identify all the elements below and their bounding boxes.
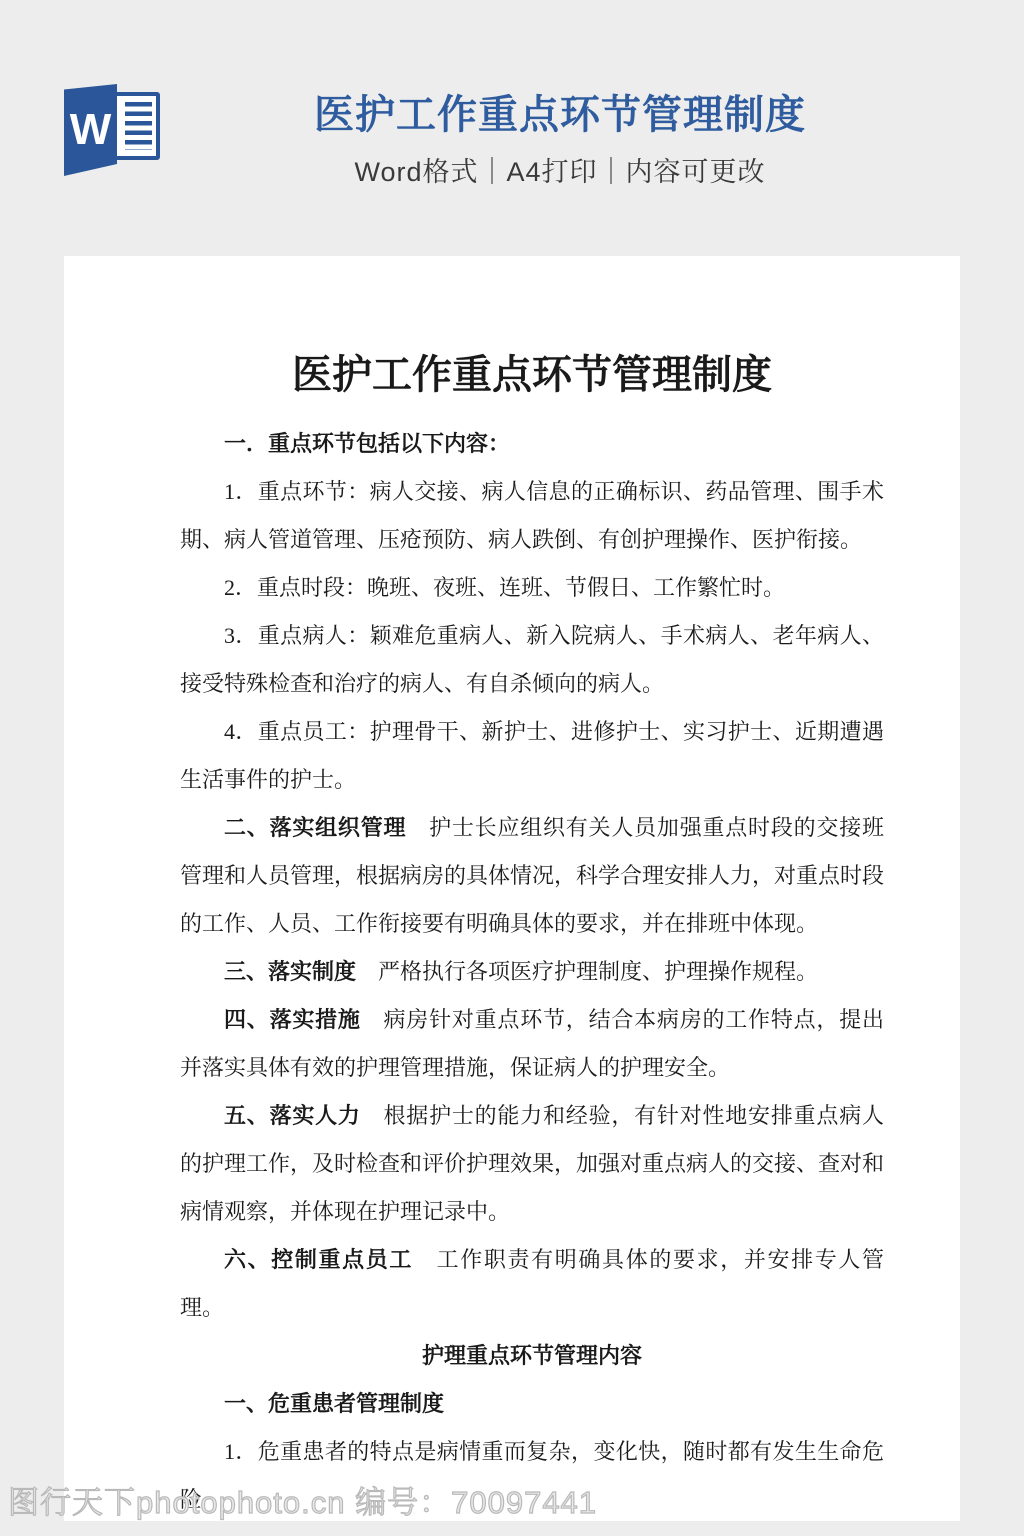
document-page: 医护工作重点环节管理制度 一．重点环节包括以下内容：1．重点环节：病人交接、病人… — [64, 256, 960, 1521]
document-lines-icon — [125, 102, 152, 150]
document-title: 医护工作重点环节管理制度 — [180, 344, 884, 406]
template-subtitle: Word格式｜A4打印｜内容可更改 — [160, 150, 960, 189]
template-title: 医护工作重点环节管理制度 — [160, 92, 960, 138]
doc-paragraph: 一、危重患者管理制度 — [180, 1380, 884, 1428]
document-body: 医护工作重点环节管理制度 一．重点环节包括以下内容：1．重点环节：病人交接、病人… — [64, 256, 960, 1524]
bold-text-run: 一．重点环节包括以下内容： — [224, 431, 510, 456]
doc-paragraph: 护理重点环节管理内容 — [180, 1332, 884, 1380]
word-logo-icon: W — [64, 84, 117, 176]
bold-text-run: 六、控制重点员工 — [224, 1247, 413, 1272]
text-run: 1．重点环节：病人交接、病人信息的正确标识、药品管理、围手术期、病人管道管理、压… — [180, 479, 884, 552]
doc-paragraph: 四、落实措施 病房针对重点环节，结合本病房的工作特点，提出并落实具体有效的护理管… — [180, 996, 884, 1092]
doc-paragraph: 4．重点员工：护理骨干、新护士、进修护士、实习护士、近期遭遇生活事件的护士。 — [180, 708, 884, 804]
doc-paragraph: 1．重点环节：病人交接、病人信息的正确标识、药品管理、围手术期、病人管道管理、压… — [180, 468, 884, 564]
bold-text-run: 五、落实人力 — [224, 1103, 361, 1128]
template-header: W 医护工作重点环节管理制度 Word格式｜A4打印｜内容可更改 — [0, 0, 1024, 256]
text-run: 4．重点员工：护理骨干、新护士、进修护士、实习护士、近期遭遇生活事件的护士。 — [180, 719, 884, 792]
text-run: 严格执行各项医疗护理制度、护理操作规程。 — [356, 959, 818, 984]
bold-text-run: 护理重点环节管理内容 — [422, 1343, 642, 1368]
header-text-block: 医护工作重点环节管理制度 Word格式｜A4打印｜内容可更改 — [160, 0, 960, 189]
doc-paragraph: 三、落实制度 严格执行各项医疗护理制度、护理操作规程。 — [180, 948, 884, 996]
word-document-sheet-icon — [113, 92, 160, 160]
doc-paragraph: 3．重点病人：颖难危重病人、新入院病人、手术病人、老年病人、接受特殊检查和治疗的… — [180, 612, 884, 708]
doc-paragraph: 五、落实人力 根据护士的能力和经验，有针对性地安排重点病人的护理工作，及时检查和… — [180, 1092, 884, 1236]
doc-paragraph: 六、控制重点员工 工作职责有明确具体的要求，并安排专人管理。 — [180, 1236, 884, 1332]
bold-text-run: 二、落实组织管理 — [224, 815, 406, 840]
doc-paragraphs: 一．重点环节包括以下内容：1．重点环节：病人交接、病人信息的正确标识、药品管理、… — [180, 420, 884, 1524]
bold-text-run: 四、落实措施 — [224, 1007, 361, 1032]
doc-paragraph: 2．重点时段：晚班、夜班、连班、节假日、工作繁忙时。 — [180, 564, 884, 612]
bold-text-run: 三、落实制度 — [224, 959, 356, 984]
word-icon: W — [64, 84, 162, 178]
bold-text-run: 一、危重患者管理制度 — [224, 1391, 444, 1416]
doc-paragraph: 二、落实组织管理 护士长应组织有关人员加强重点时段的交接班管理和人员管理，根据病… — [180, 804, 884, 948]
page-canvas: W 医护工作重点环节管理制度 Word格式｜A4打印｜内容可更改 医护工作重点环… — [0, 0, 1024, 1536]
word-logo-letter: W — [70, 108, 112, 152]
text-run: 3．重点病人：颖难危重病人、新入院病人、手术病人、老年病人、接受特殊检查和治疗的… — [180, 623, 884, 696]
site-watermark: 图行天下photophoto.cn 编号：70097441 — [8, 1477, 597, 1522]
doc-paragraph: 一．重点环节包括以下内容： — [180, 420, 884, 468]
text-run: 2．重点时段：晚班、夜班、连班、节假日、工作繁忙时。 — [224, 575, 785, 600]
